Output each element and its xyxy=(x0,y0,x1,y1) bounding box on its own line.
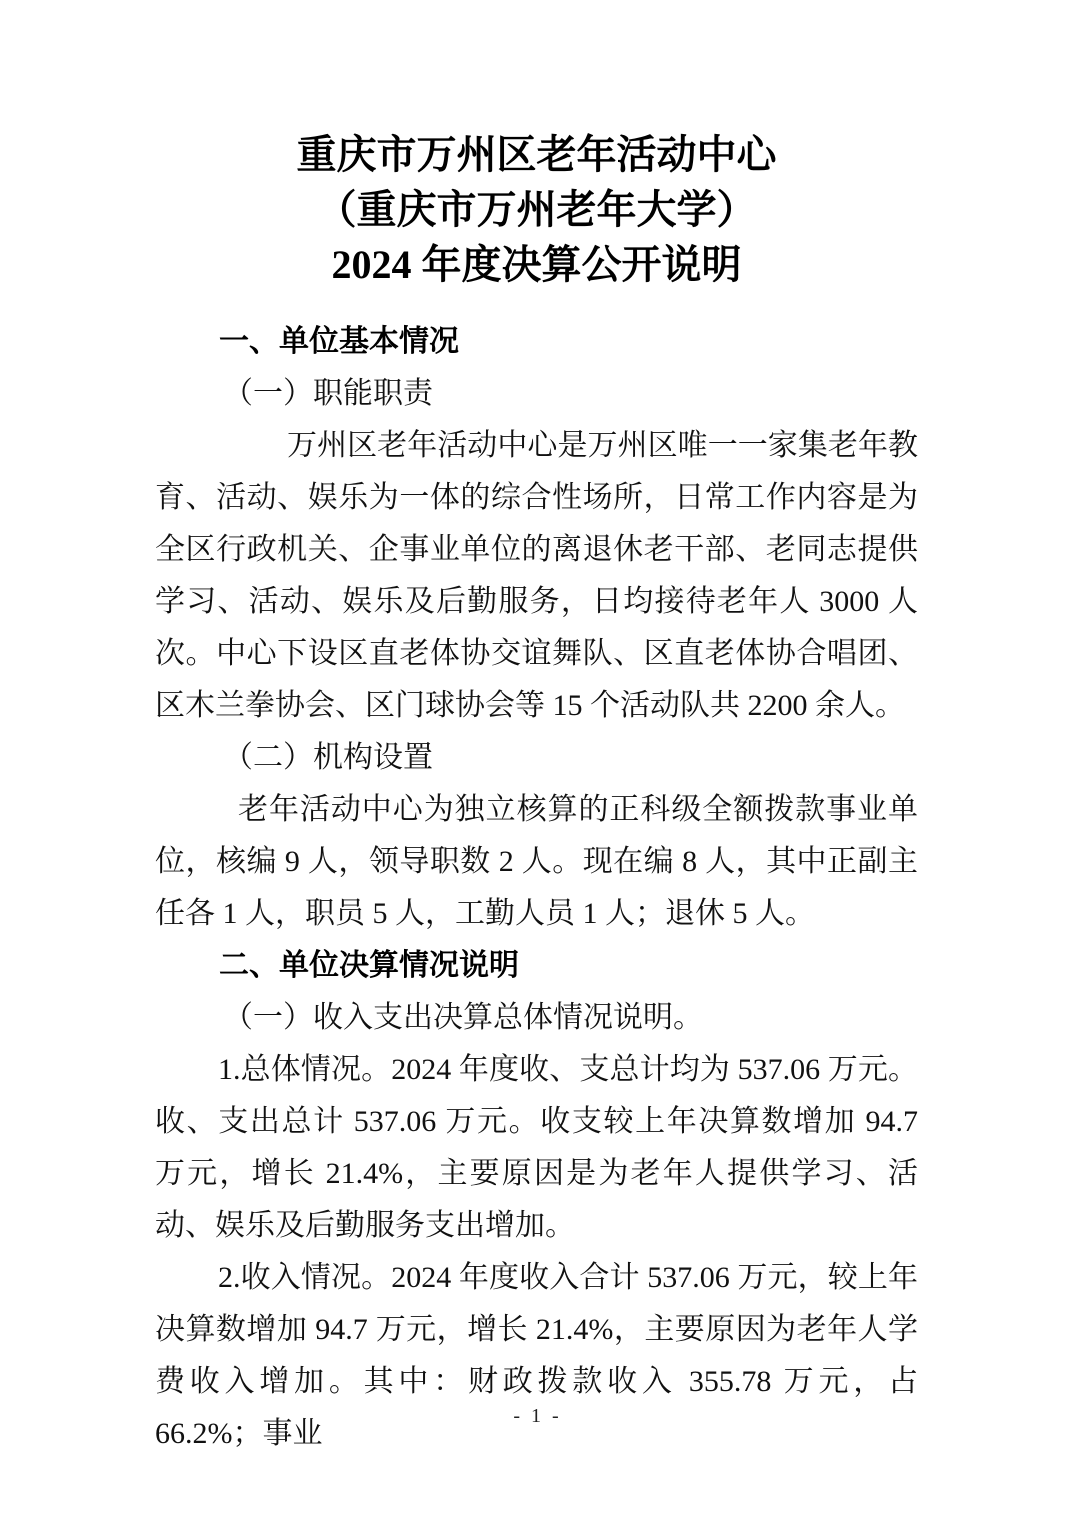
paragraph-income-situation: 2.收入情况。2024 年度收入合计 537.06 万元，较上年决算数增加 94… xyxy=(155,1252,918,1460)
subsection-heading-organization: （二）机构设置 xyxy=(155,732,918,784)
document-title: 重庆市万州区老年活动中心 （重庆市万州老年大学） 2024 年度决算公开说明 xyxy=(155,127,918,292)
subsection-heading-income-expense-overview: （一）收入支出决算总体情况说明。 xyxy=(155,992,918,1044)
document-content: 重庆市万州区老年活动中心 （重庆市万州老年大学） 2024 年度决算公开说明 一… xyxy=(155,127,918,1460)
title-line-alt-name: （重庆市万州老年大学） xyxy=(155,182,918,237)
section-heading-final-accounts: 二、单位决算情况说明 xyxy=(155,940,918,992)
page-footer: - 1 - xyxy=(0,1404,1075,1428)
document-page: 重庆市万州区老年活动中心 （重庆市万州老年大学） 2024 年度决算公开说明 一… xyxy=(0,0,1075,1520)
subsection-heading-duties: （一）职能职责 xyxy=(155,368,918,420)
title-line-report-name: 2024 年度决算公开说明 xyxy=(155,237,918,292)
title-line-org-name: 重庆市万州区老年活动中心 xyxy=(155,127,918,182)
paragraph-duties: 万州区老年活动中心是万州区唯一一家集老年教育、活动、娱乐为一体的综合性场所，日常… xyxy=(155,420,918,732)
paragraph-overall-situation: 1.总体情况。2024 年度收、支总计均为 537.06 万元。收、支出总计 5… xyxy=(155,1044,918,1252)
page-number: - 1 - xyxy=(513,1405,561,1427)
paragraph-organization: 老年活动中心为独立核算的正科级全额拨款事业单位，核编 9 人，领导职数 2 人。… xyxy=(155,784,918,940)
section-heading-unit-basic-info: 一、单位基本情况 xyxy=(155,316,918,368)
